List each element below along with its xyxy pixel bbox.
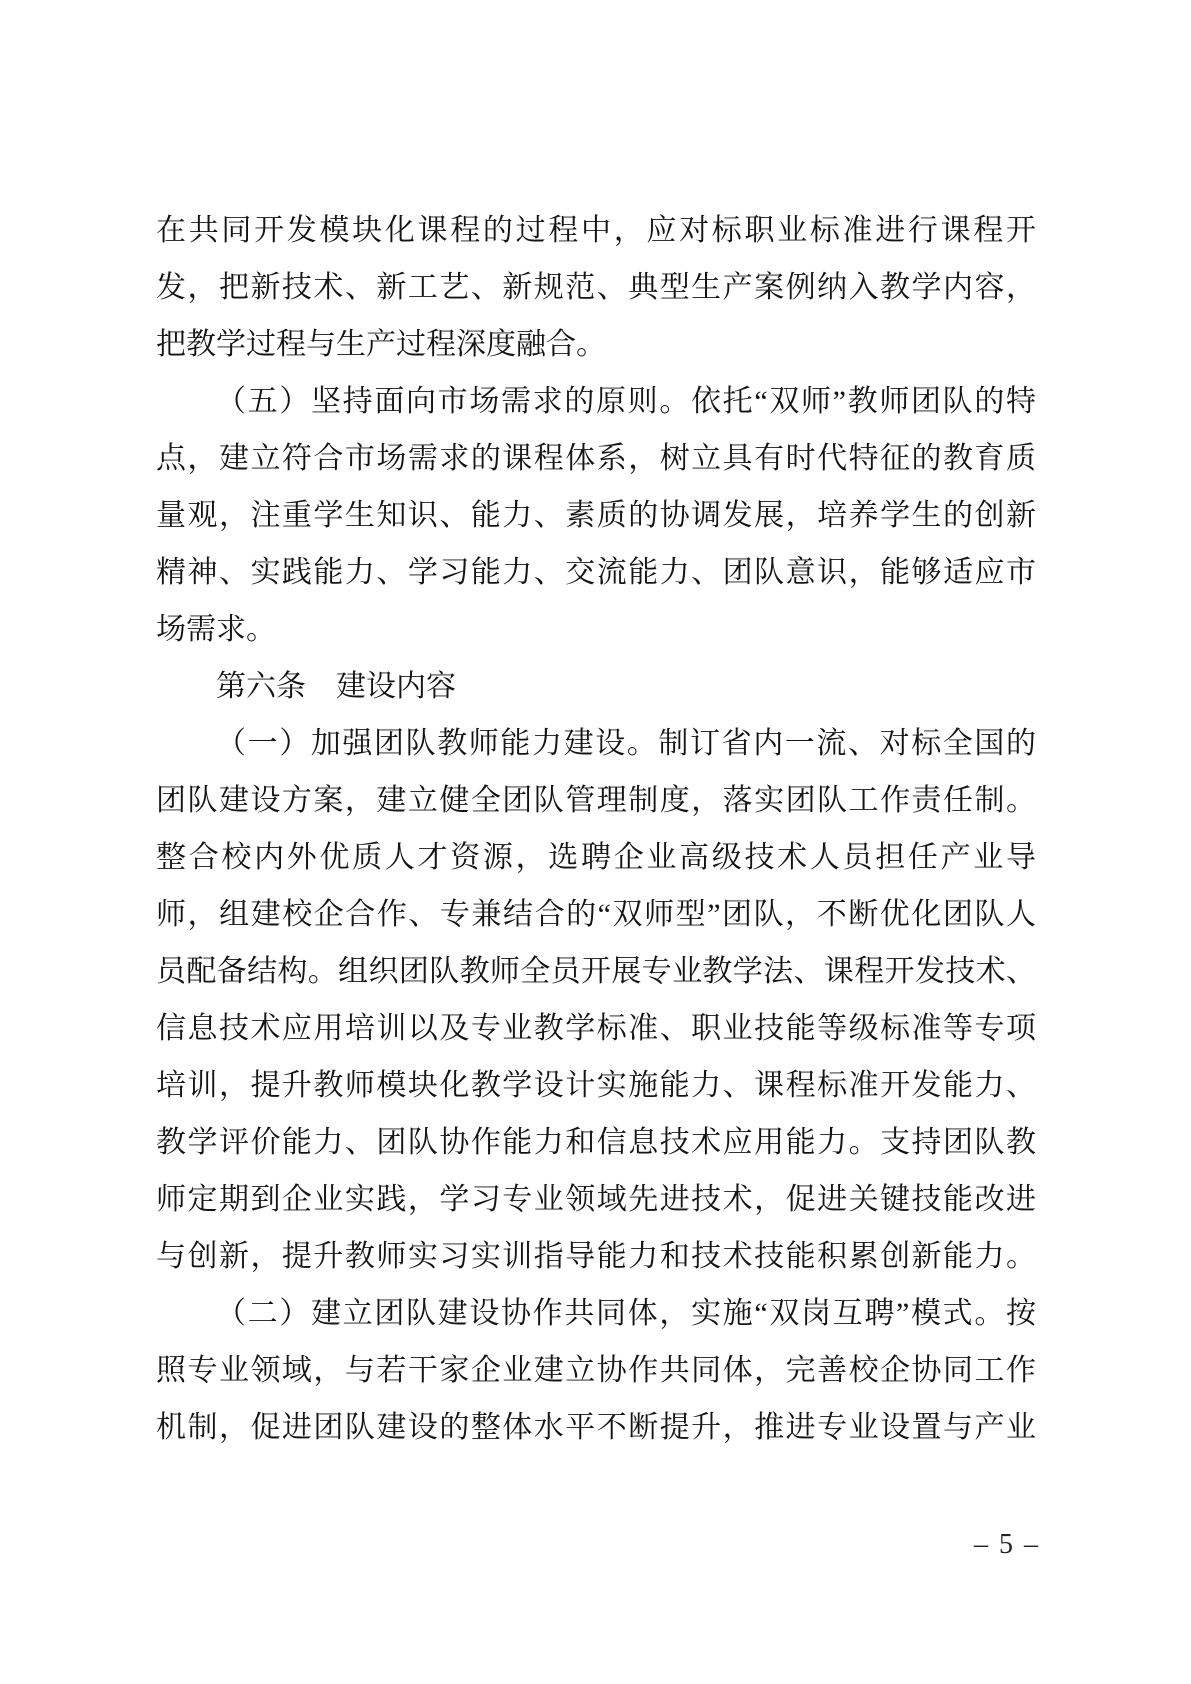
section-heading: 第六条 建设内容 [156, 658, 1036, 715]
document-line: 点，建立符合市场需求的课程体系，树立具有时代特征的教育质 [156, 430, 1036, 487]
document-line: 在共同开发模块化课程的过程中，应对标职业标准进行课程开 [156, 202, 1036, 259]
document-line: （一）加强团队教师能力建设。制订省内一流、对标全国的 [156, 715, 1036, 772]
document-line: 员配备结构。组织团队教师全员开展专业教学法、课程开发技术、 [156, 943, 1036, 1000]
document-line: 照专业领域，与若干家企业建立协作共同体，完善校企协同工作 [156, 1342, 1036, 1399]
document-line: 量观，注重学生知识、能力、素质的协调发展，培养学生的创新 [156, 487, 1036, 544]
document-line: 机制，促进团队建设的整体水平不断提升，推进专业设置与产业 [156, 1399, 1036, 1456]
document-line: 整合校内外优质人才资源，选聘企业高级技术人员担任产业导 [156, 829, 1036, 886]
document-line: 场需求。 [156, 601, 1036, 658]
document-line: 师，组建校企合作、专兼结合的“双师型”团队，不断优化团队人 [156, 886, 1036, 943]
document-line: （二）建立团队建设协作共同体，实施“双岗互聘”模式。按 [156, 1285, 1036, 1342]
document-body: 在共同开发模块化课程的过程中，应对标职业标准进行课程开 发，把新技术、新工艺、新… [156, 202, 1036, 1456]
document-line: 信息技术应用培训以及专业教学标准、职业技能等级标准等专项 [156, 1000, 1036, 1057]
document-line: 发，把新技术、新工艺、新规范、典型生产案例纳入教学内容， [156, 259, 1036, 316]
document-line: 精神、实践能力、学习能力、交流能力、团队意识，能够适应市 [156, 544, 1036, 601]
document-line: （五）坚持面向市场需求的原则。依托“双师”教师团队的特 [156, 373, 1036, 430]
document-line: 教学评价能力、团队协作能力和信息技术应用能力。支持团队教 [156, 1114, 1036, 1171]
document-page: 在共同开发模块化课程的过程中，应对标职业标准进行课程开 发，把新技术、新工艺、新… [0, 0, 1191, 1684]
document-line: 把教学过程与生产过程深度融合。 [156, 316, 1036, 373]
document-line: 师定期到企业实践，学习专业领域先进技术，促进关键技能改进 [156, 1171, 1036, 1228]
page-number: – 5 – [952, 1528, 1062, 1562]
document-line: 与创新，提升教师实习实训指导能力和技术技能积累创新能力。 [156, 1228, 1036, 1285]
document-line: 培训，提升教师模块化教学设计实施能力、课程标准开发能力、 [156, 1057, 1036, 1114]
document-line: 团队建设方案，建立健全团队管理制度，落实团队工作责任制。 [156, 772, 1036, 829]
